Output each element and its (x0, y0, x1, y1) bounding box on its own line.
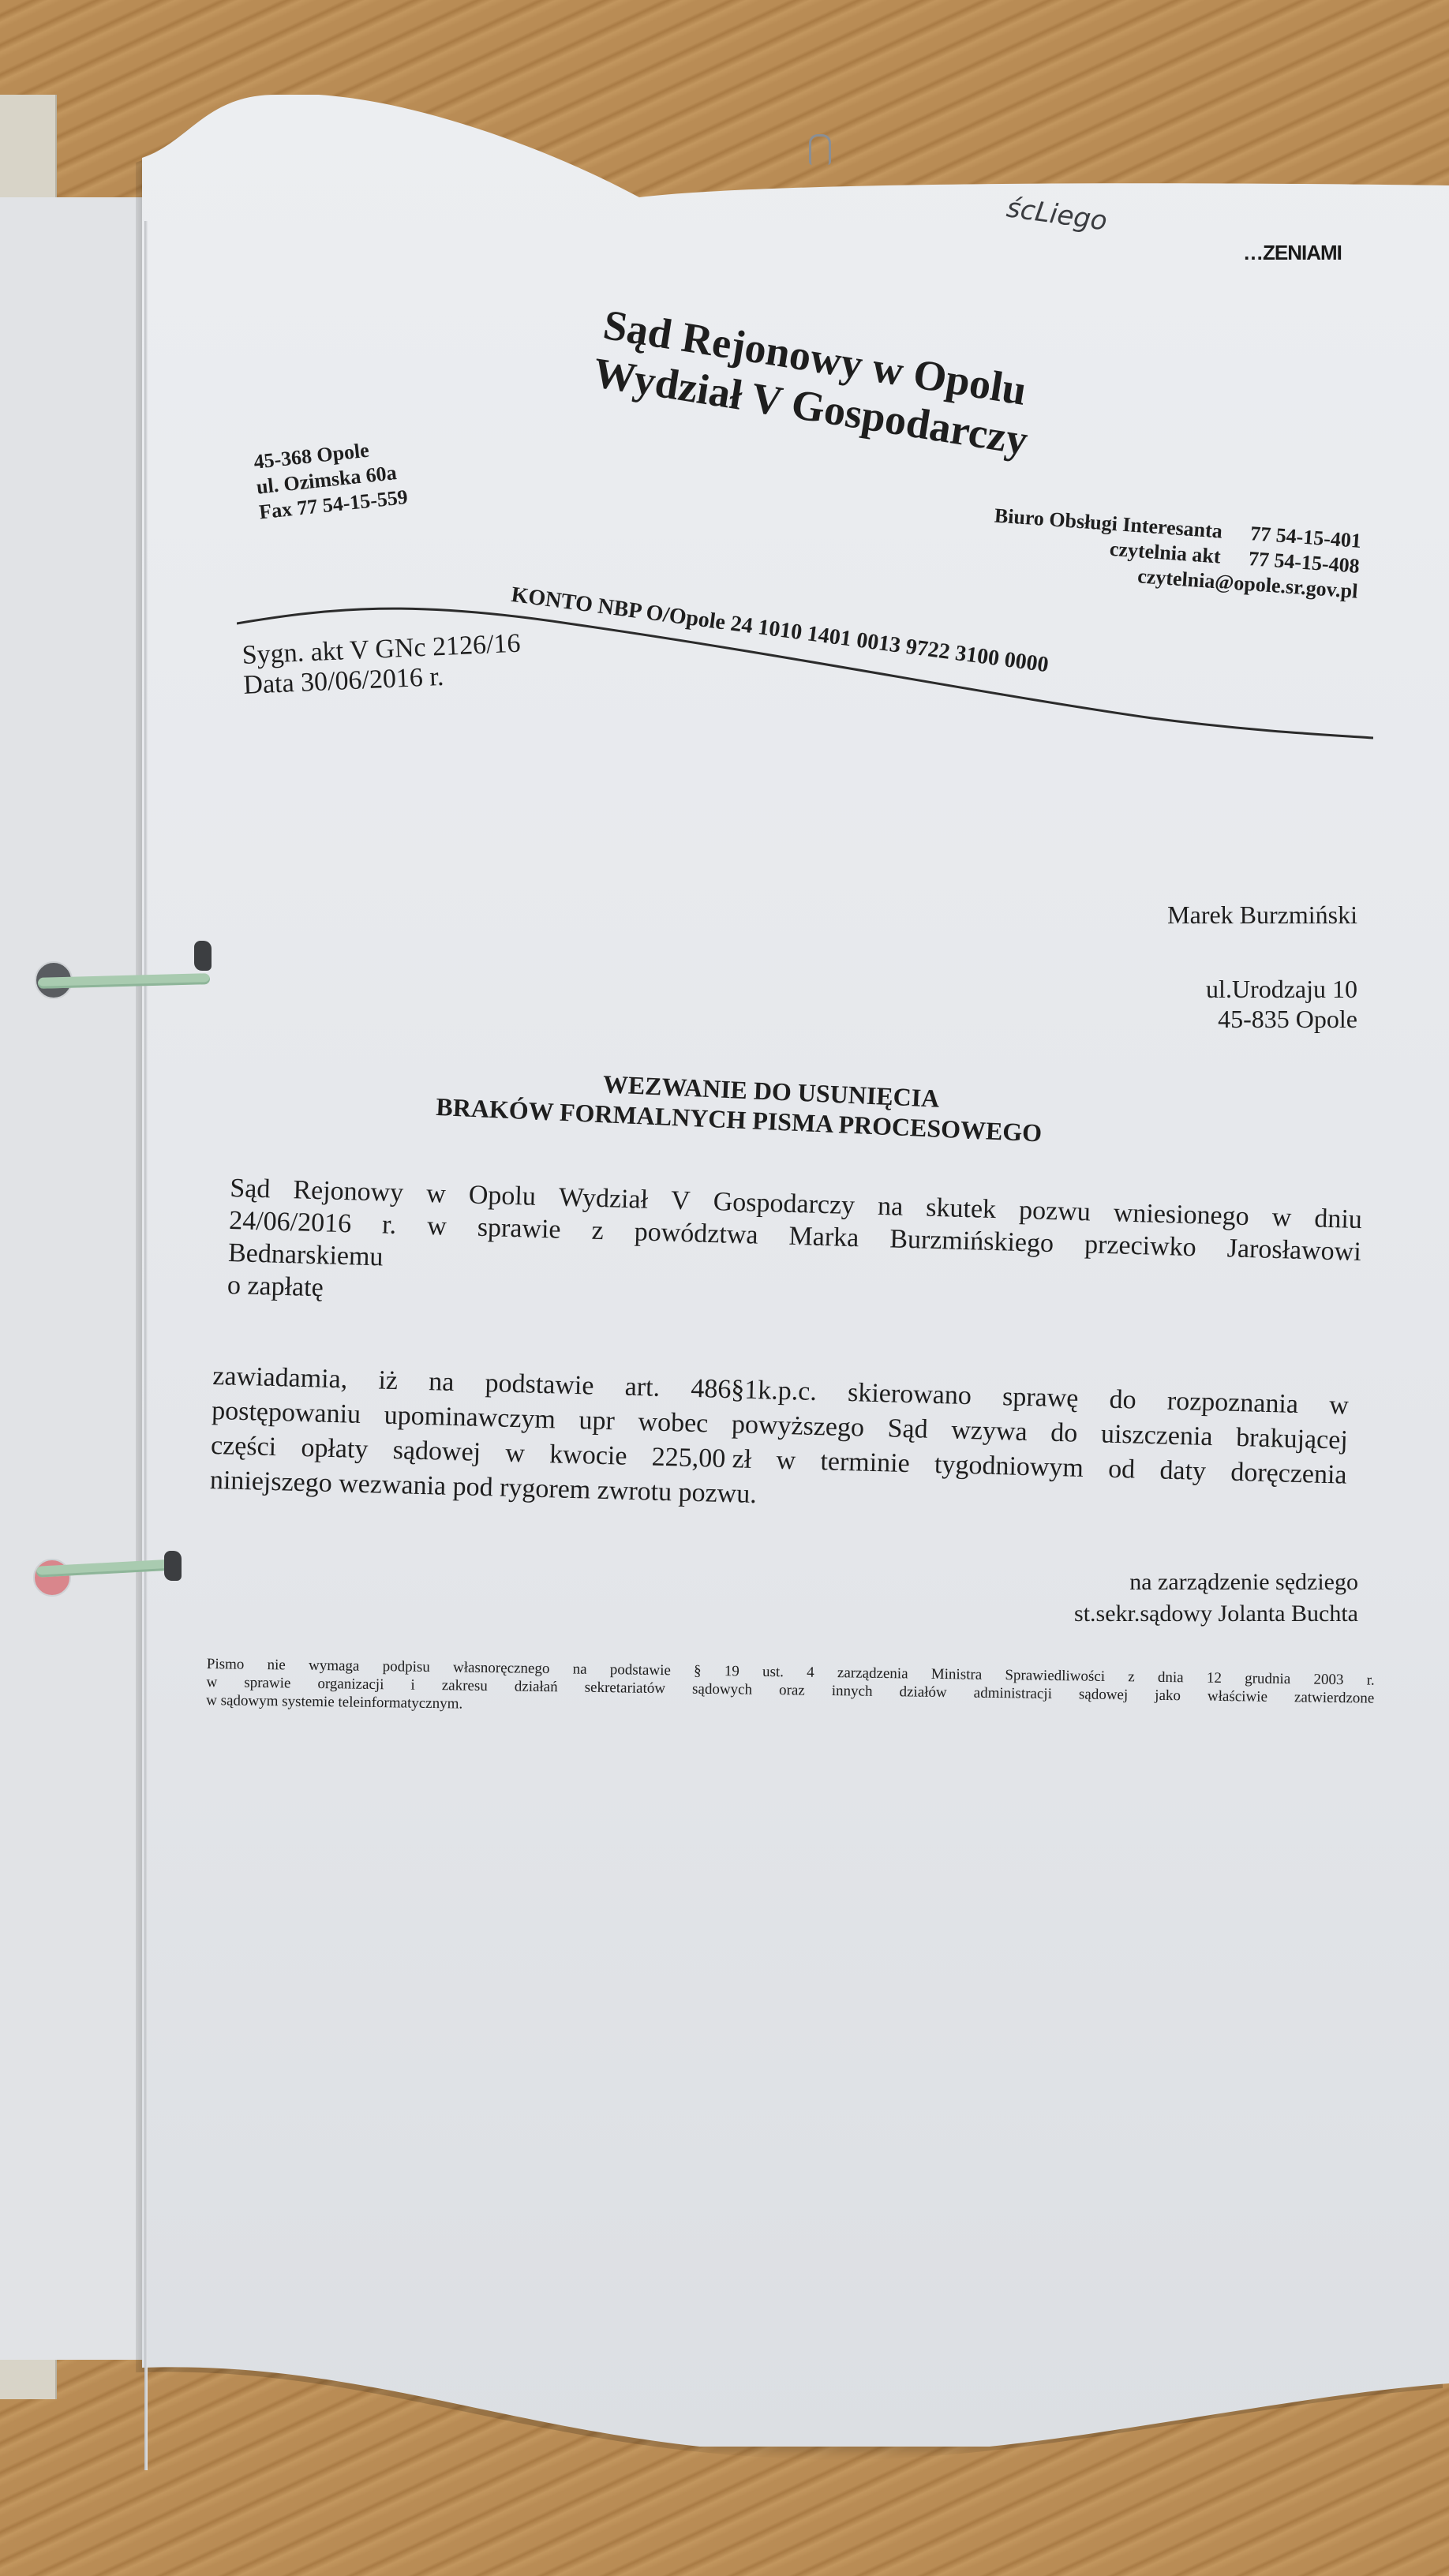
word: Jarosławowi (1226, 1232, 1361, 1268)
word: tygodniowym (934, 1447, 1084, 1486)
word: do (1050, 1416, 1078, 1451)
word: doręczenia (1230, 1455, 1347, 1493)
word: o zapłatę (227, 1269, 324, 1304)
word: i (410, 1676, 415, 1694)
word: podstawie (610, 1661, 671, 1679)
word: sądowych (692, 1680, 752, 1699)
word: podpisu (382, 1657, 430, 1676)
word: Pismo (207, 1655, 245, 1674)
word: Opolu (468, 1178, 536, 1212)
word: podstawie (485, 1366, 594, 1404)
word: 225,00 zł (651, 1440, 752, 1477)
recipient-city: 45-835 Opole (1167, 1004, 1357, 1034)
handwritten-note: ścLiego (1005, 192, 1109, 237)
signature-block: na zarządzenie sędziego st.sekr.sądowy J… (1074, 1567, 1358, 1630)
word: do (1109, 1383, 1136, 1418)
word: kwocie (549, 1437, 627, 1474)
stamp-fragment: …ZENIAMI (1243, 241, 1342, 265)
word: Sprawiedliwości (1005, 1666, 1105, 1686)
word: rozpoznania (1166, 1384, 1298, 1422)
word: Bednarskiemu (228, 1237, 384, 1273)
word: 12 (1207, 1669, 1222, 1687)
word: na (429, 1365, 455, 1400)
word: postępowaniu (212, 1394, 361, 1432)
word: od (1108, 1452, 1136, 1488)
word: Wydział (558, 1181, 648, 1216)
body-paragraph-2: zawiadamia,iżnapodstawieart.486§1k.p.c.s… (209, 1359, 1349, 1528)
recipient-block: Marek Burzmiński ul.Urodzaju 10 45-835 O… (1167, 900, 1357, 1034)
word: iż (378, 1364, 399, 1399)
word: 24/06/2016 (229, 1204, 352, 1240)
word: działów (899, 1683, 946, 1702)
word: na (878, 1190, 904, 1223)
word: administracji (974, 1684, 1053, 1703)
word: wymaga (309, 1657, 360, 1676)
word: Gospodarczy (713, 1185, 855, 1222)
word: brakującej (1236, 1421, 1349, 1458)
word: z (591, 1215, 604, 1247)
word: nie (267, 1656, 286, 1674)
word: 4 (807, 1664, 814, 1682)
word: skierowano (848, 1376, 972, 1413)
document-content: ścLiego …ZENIAMI Sąd Rejonowy w Opolu Wy… (0, 0, 1449, 2576)
word: Sąd (230, 1172, 271, 1205)
word: oraz (779, 1681, 805, 1699)
footnote: Pismoniewymagapodpisuwłasnoręcznegonapod… (206, 1655, 1375, 1726)
word: upr (578, 1403, 615, 1439)
word: art. (624, 1370, 660, 1406)
recipient-name: Marek Burzmiński (1167, 900, 1357, 930)
word: 486§1k.p.c. (691, 1372, 818, 1410)
body-paragraph-1: SądRejonowywOpoluWydziałVGospodarczynask… (227, 1172, 1362, 1333)
word: sprawę (1002, 1380, 1079, 1417)
word: w (427, 1210, 447, 1243)
word: § (694, 1662, 702, 1680)
word: działań (515, 1677, 558, 1696)
word: własnoręcznego (453, 1658, 550, 1678)
court-contacts: Biuro Obsługi Interesanta 77 54-15-401 c… (990, 503, 1362, 604)
signature-name: st.sekr.sądowy Jolanta Buchta (1074, 1598, 1358, 1630)
signature-authority: na zarządzenie sędziego (1074, 1567, 1358, 1598)
word: w (1329, 1388, 1350, 1424)
word: zakresu (442, 1676, 488, 1695)
word: w (505, 1436, 526, 1472)
word: powyższego (731, 1407, 864, 1445)
case-info: Sygn. akt V GNc 2126/16 Data 30/06/2016 … (241, 629, 522, 701)
word: w (776, 1443, 796, 1479)
word: z (1128, 1668, 1135, 1686)
word: 2003 (1313, 1671, 1343, 1690)
word: wniesionego (1113, 1196, 1249, 1233)
document-title: WEZWANIE DO USUNIĘCIA BRAKÓW FORMALNYCH … (436, 1061, 1044, 1148)
word: r. (382, 1208, 397, 1241)
word: opłaty (301, 1431, 369, 1467)
word: sądowej (1079, 1685, 1129, 1704)
word: r. (1367, 1672, 1375, 1690)
word: Marka (788, 1220, 859, 1254)
word: skutek (926, 1192, 997, 1226)
word: ust. (762, 1663, 784, 1681)
word: w (206, 1673, 217, 1691)
word: zatwierdzone (1294, 1688, 1375, 1707)
word: powództwa (634, 1215, 758, 1251)
word: terminie (820, 1444, 910, 1481)
word: Sąd (887, 1411, 928, 1447)
word: daty (1159, 1453, 1207, 1489)
word: uiszczenia (1100, 1417, 1213, 1455)
word: przeciwko (1084, 1228, 1197, 1264)
word: organizacji (317, 1675, 384, 1694)
word: Rejonowy (293, 1174, 404, 1209)
court-header: Sąd Rejonowy w Opolu Wydział V Gospodarc… (593, 300, 1039, 465)
word: dnia (1158, 1668, 1184, 1687)
word: sekretariatów (585, 1679, 666, 1698)
word: na (573, 1660, 587, 1678)
word: wzywa (951, 1413, 1028, 1451)
word: 19 (724, 1662, 739, 1680)
word: w (1271, 1201, 1292, 1234)
word: V (671, 1185, 691, 1218)
word: Ministra (931, 1665, 983, 1684)
word: w sądowym systemie teleinformatycznym. (206, 1691, 462, 1713)
word: Burzmińskiego (889, 1222, 1054, 1260)
word: zarządzenia (837, 1664, 908, 1683)
word: upominawczym (384, 1398, 556, 1438)
recipient-street: ul.Urodzaju 10 (1167, 974, 1357, 1004)
word: w (426, 1178, 447, 1211)
word: jako (1155, 1687, 1181, 1705)
word: części (211, 1428, 277, 1465)
word: sądowej (392, 1433, 481, 1470)
word: sprawie (244, 1674, 290, 1693)
word: innych (832, 1682, 873, 1701)
word: grudnia (1245, 1669, 1290, 1688)
word: wobec (638, 1405, 709, 1441)
word: właściwie (1207, 1687, 1267, 1706)
court-address: 45-368 Opole ul. Ozimska 60a Fax 77 54-1… (253, 434, 409, 525)
word: pozwu (1019, 1194, 1091, 1229)
word: sprawie (477, 1211, 561, 1246)
word: zawiadamia, (212, 1359, 348, 1397)
word: dniu (1314, 1202, 1363, 1236)
